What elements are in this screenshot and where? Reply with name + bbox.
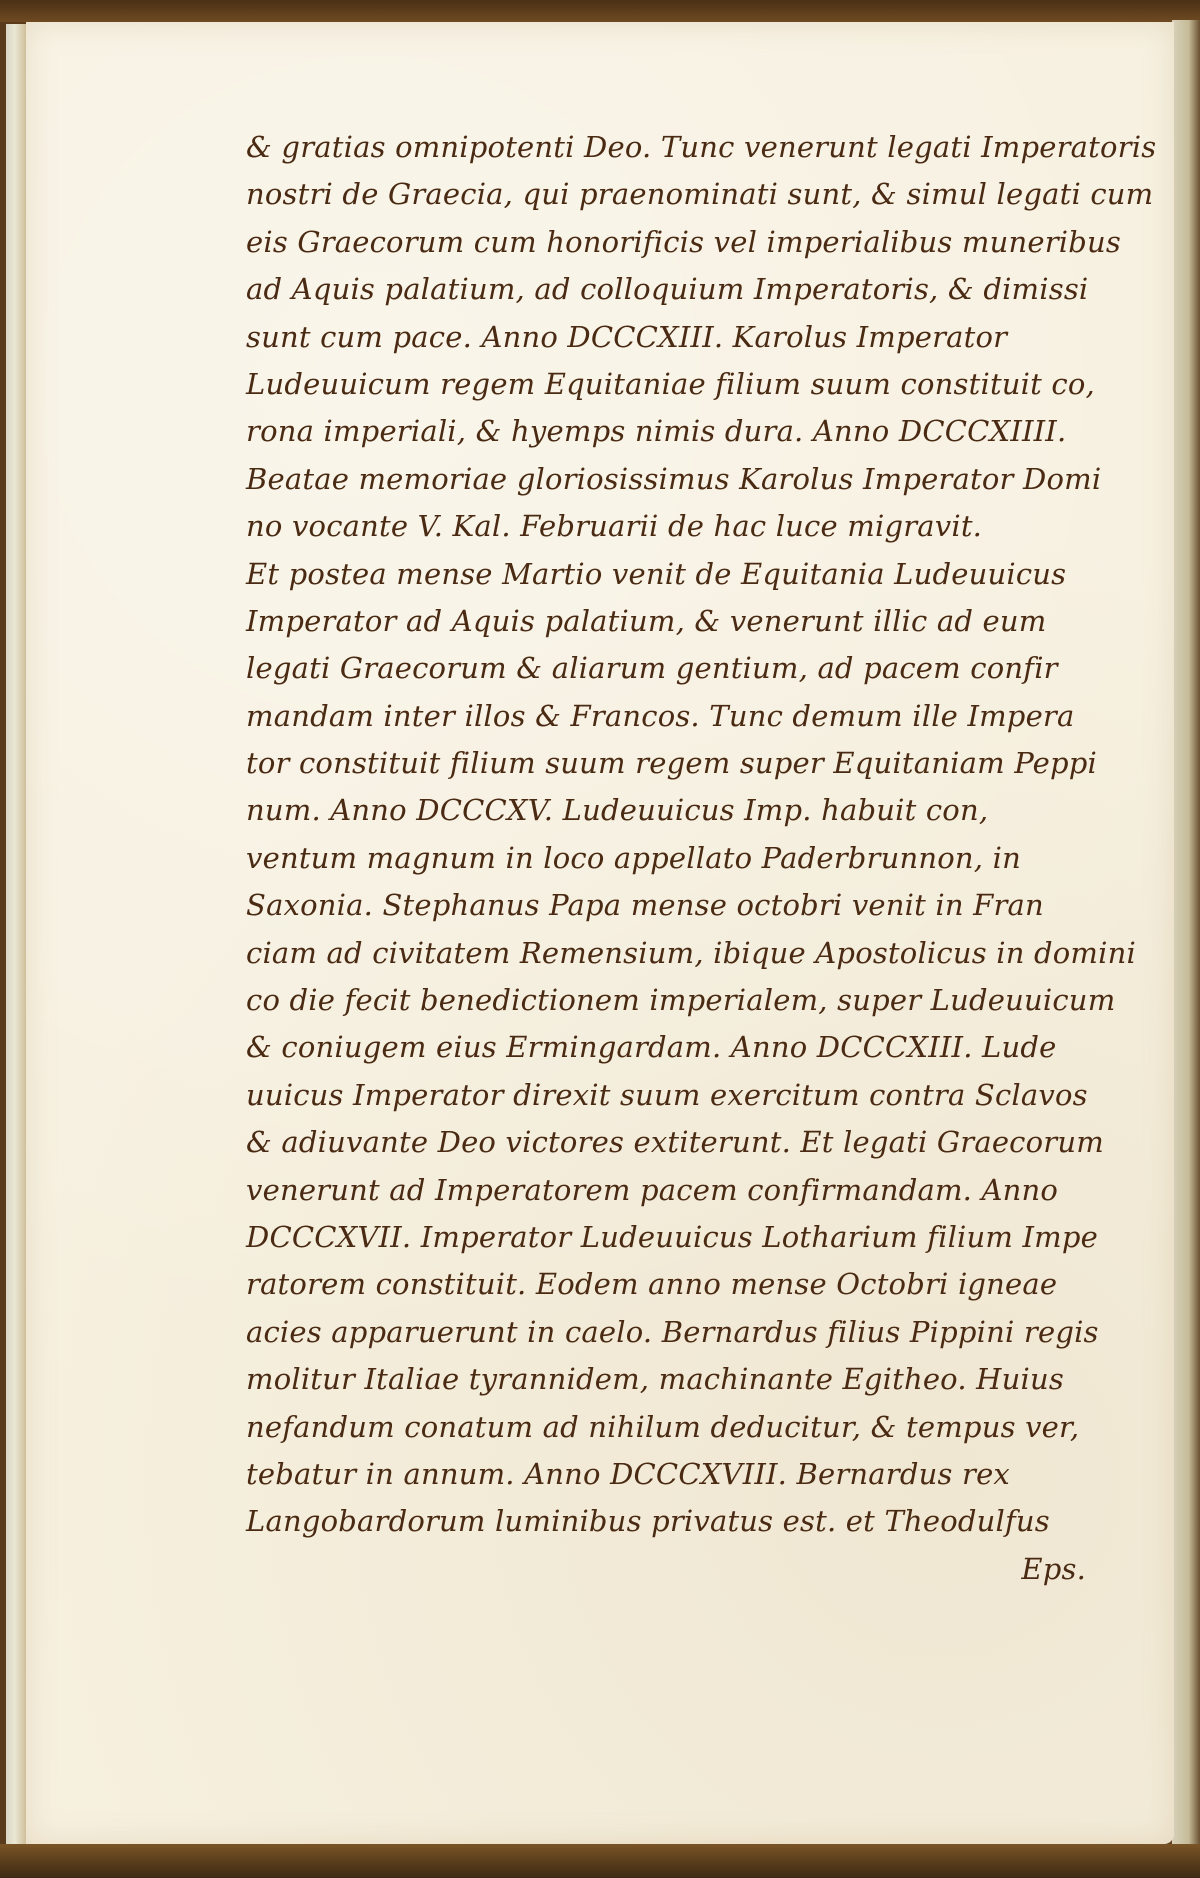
text-line: rona imperiali, & hyemps nimis dura. Ann…: [246, 408, 1106, 455]
text-line: & gratias omnipotenti Deo. Tunc venerunt…: [246, 124, 1106, 171]
text-line: DCCCXVII. Imperator Ludeuuicus Lotharium…: [246, 1214, 1106, 1261]
text-line: num. Anno DCCCXV. Ludeuuicus Imp. habuit…: [246, 787, 1106, 834]
text-line: Beatae memoriae gloriosissimus Karolus I…: [246, 456, 1106, 503]
manuscript-text: & gratias omnipotenti Deo. Tunc venerunt…: [246, 124, 1106, 1593]
text-line: Langobardorum luminibus privatus est. et…: [246, 1498, 1106, 1545]
text-line-signature: Eps.: [246, 1546, 1106, 1593]
text-line: & adiuvante Deo victores extiterunt. Et …: [246, 1119, 1106, 1166]
text-line: Ludeuuicum regem Equitaniae filium suum …: [246, 361, 1106, 408]
text-line: legati Graecorum & aliarum gentium, ad p…: [246, 645, 1106, 692]
text-line: & coniugem eius Ermingardam. Anno DCCCXI…: [246, 1024, 1106, 1071]
text-line: mandam inter illos & Francos. Tunc demum…: [246, 693, 1106, 740]
text-line: eis Graecorum cum honorificis vel imperi…: [246, 219, 1106, 266]
book-cover-top-edge: [0, 0, 1200, 22]
text-line: ventum magnum in loco appellato Paderbru…: [246, 835, 1106, 882]
text-line: uuicus Imperator direxit suum exercitum …: [246, 1072, 1106, 1119]
text-line: sunt cum pace. Anno DCCCXIII. Karolus Im…: [246, 314, 1106, 361]
text-line: co die fecit benedictionem imperialem, s…: [246, 977, 1106, 1024]
page-stack-right: [1172, 20, 1200, 1860]
text-line: Et postea mense Martio venit de Equitani…: [246, 551, 1106, 598]
text-line: nefandum conatum ad nihilum deducitur, &…: [246, 1404, 1106, 1451]
text-line: acies apparuerunt in caelo. Bernardus fi…: [246, 1309, 1106, 1356]
text-line: tebatur in annum. Anno DCCCXVIII. Bernar…: [246, 1451, 1106, 1498]
text-line: venerunt ad Imperatorem pacem confirmand…: [246, 1167, 1106, 1214]
text-line: Saxonia. Stephanus Papa mense octobri ve…: [246, 882, 1106, 929]
text-line: ad Aquis palatium, ad colloquium Imperat…: [246, 266, 1106, 313]
text-line: tor constituit filium suum regem super E…: [246, 740, 1106, 787]
text-line: ciam ad civitatem Remensium, ibique Apos…: [246, 930, 1106, 977]
text-line: nostri de Graecia, qui praenominati sunt…: [246, 171, 1106, 218]
text-line: ratorem constituit. Eodem anno mense Oct…: [246, 1261, 1106, 1308]
book-cover-bottom-edge: [0, 1844, 1200, 1878]
text-line: molitur Italiae tyrannidem, machinante E…: [246, 1356, 1106, 1403]
text-line: Imperator ad Aquis palatium, & venerunt …: [246, 598, 1106, 645]
text-line: no vocante V. Kal. Februarii de hac luce…: [246, 503, 1106, 550]
